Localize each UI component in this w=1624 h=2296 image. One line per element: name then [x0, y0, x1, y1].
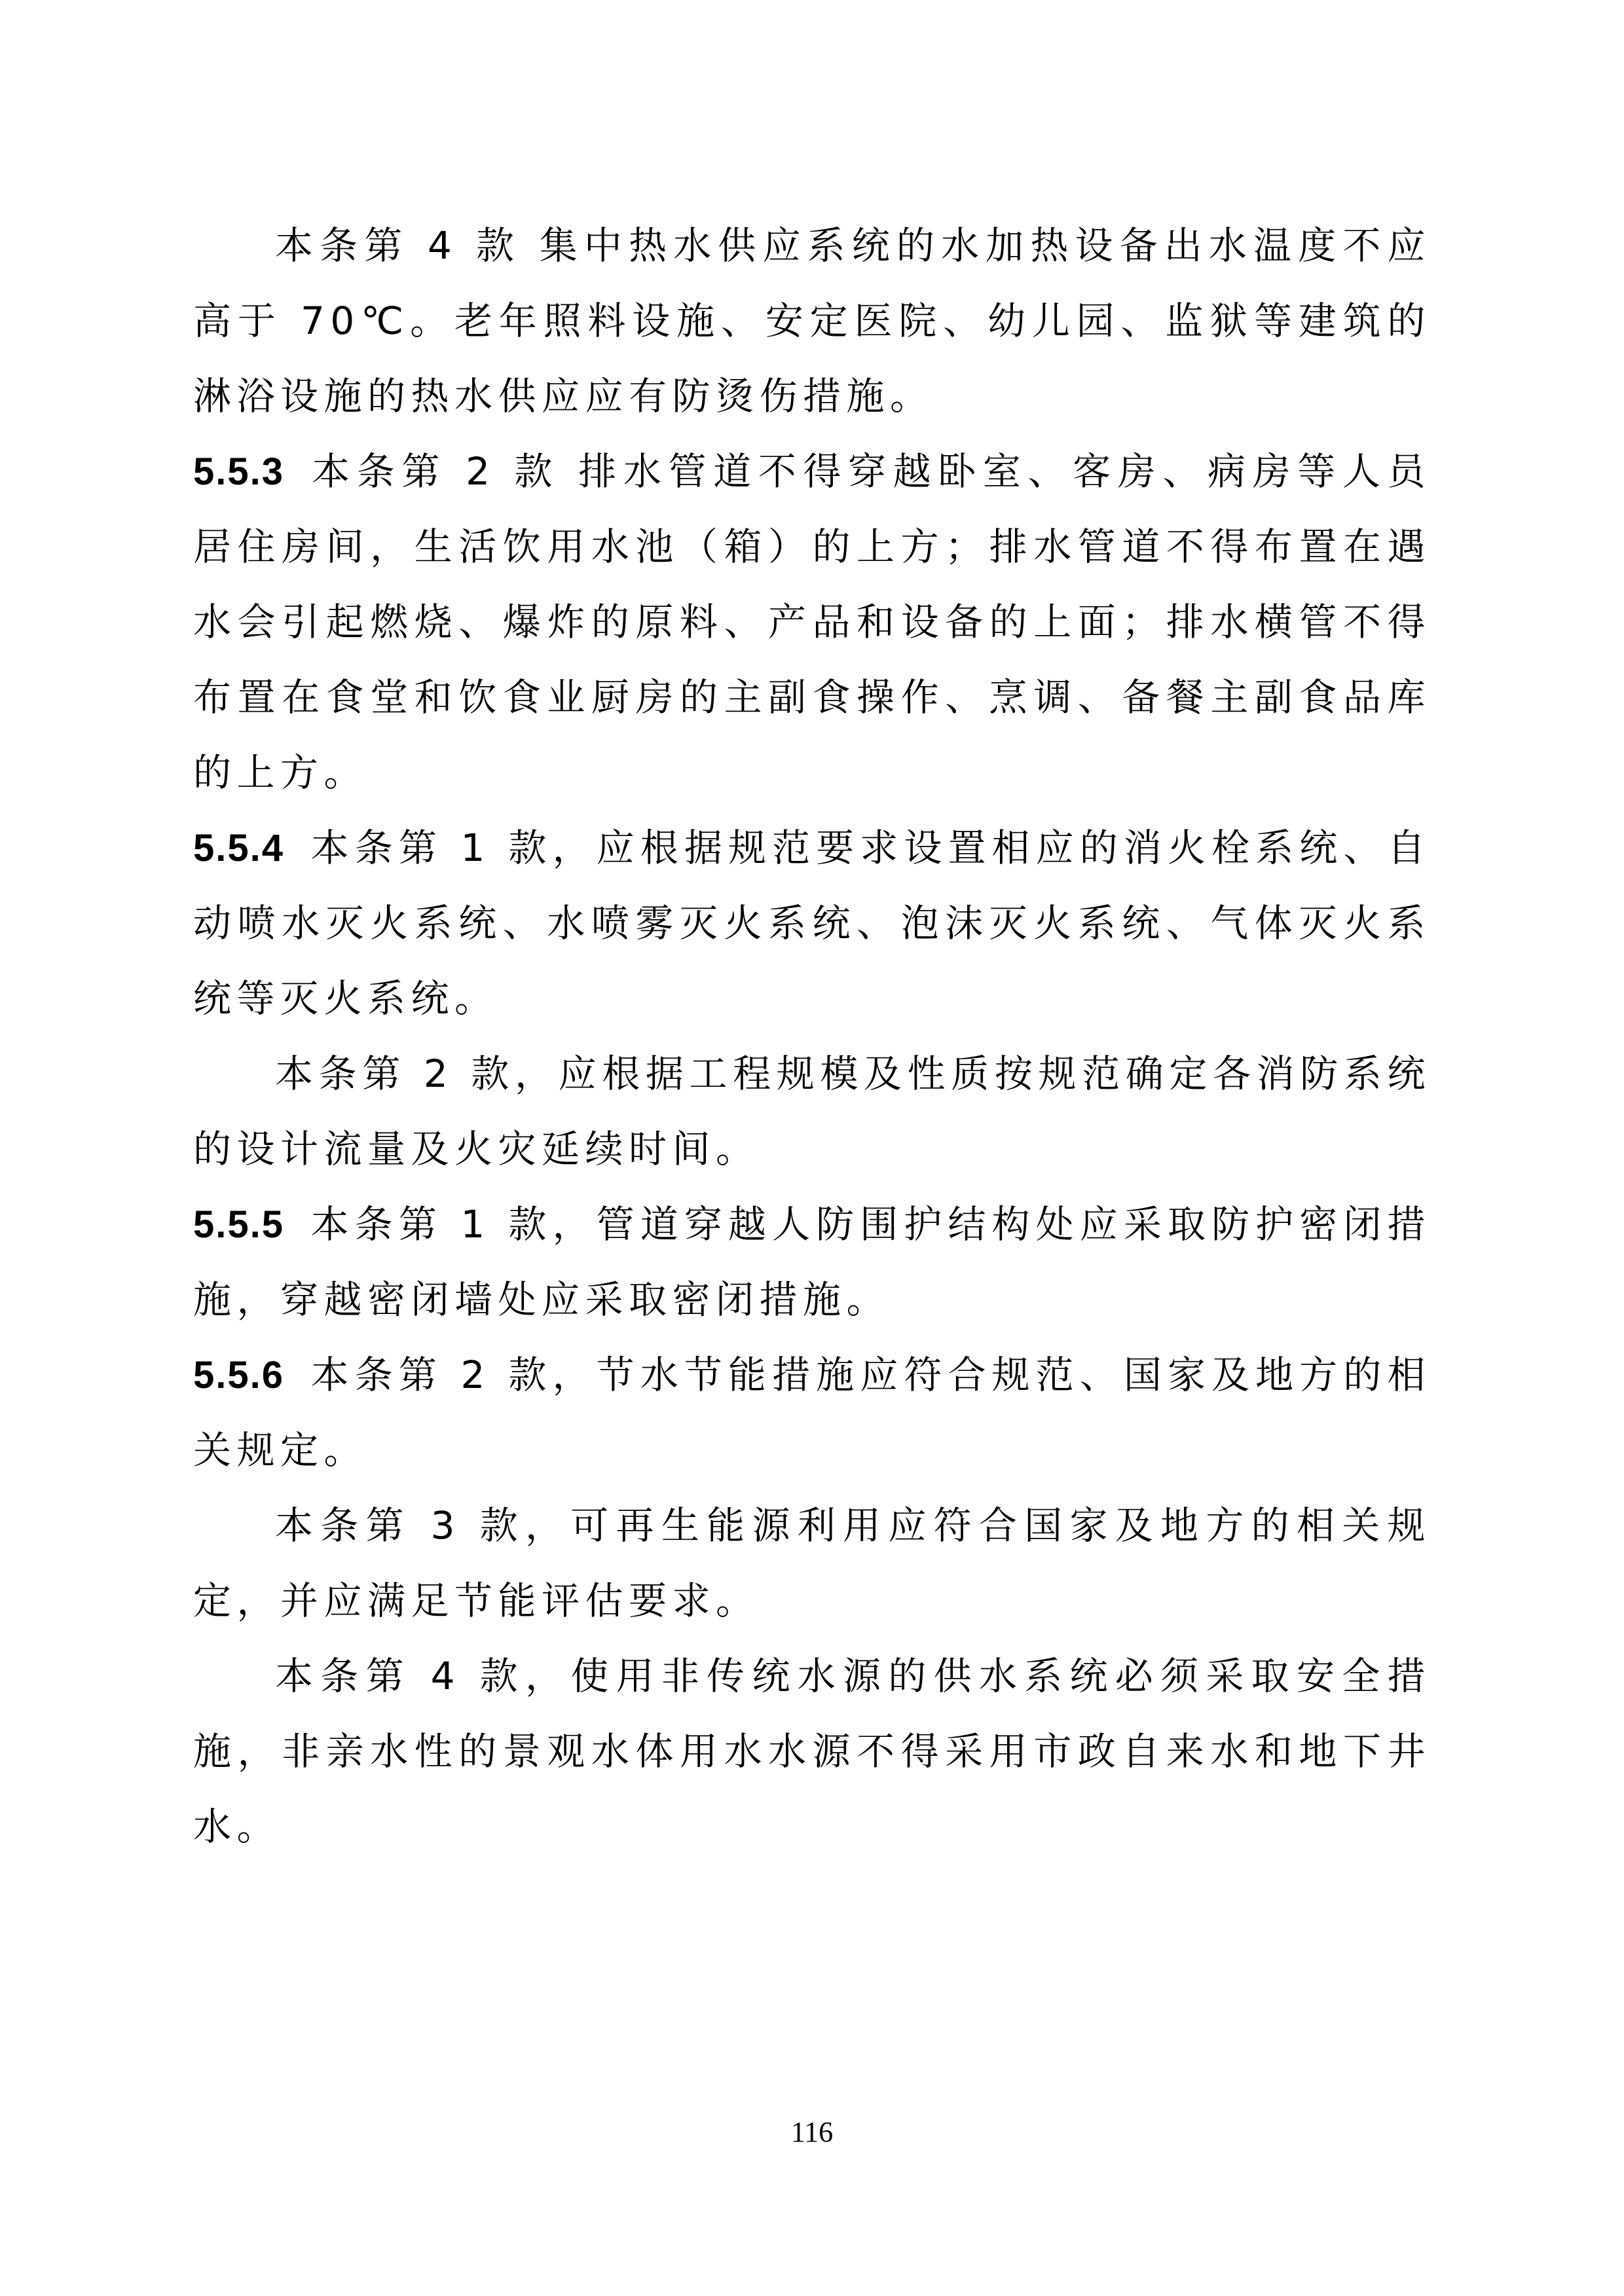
document-body: 本条第 4 款 集中热水供应系统的水加热设备出水温度不应高于 70℃。老年照料设…: [193, 208, 1431, 1865]
clause-number: 5.5.4: [193, 827, 284, 869]
paragraph-5-5-3: 5.5.3本条第 2 款 排水管道不得穿越卧室、客房、病房等人员居住房间，生活饮…: [193, 434, 1431, 811]
paragraph-text: 本条第 2 款 排水管道不得穿越卧室、客房、病房等人员居住房间，生活饮用水池（箱…: [193, 449, 1431, 795]
paragraph-5-5-6-clause-4: 本条第 4 款，使用非传统水源的供水系统必须采取安全措施，非亲水性的景观水体用水…: [193, 1639, 1431, 1865]
paragraph-5-5-4-clause-2: 本条第 2 款，应根据工程规模及性质按规范确定各消防系统的设计流量及火灾延续时间…: [193, 1036, 1431, 1187]
paragraph-hot-water-clause-4: 本条第 4 款 集中热水供应系统的水加热设备出水温度不应高于 70℃。老年照料设…: [193, 208, 1431, 434]
page-number: 116: [0, 2116, 1624, 2149]
paragraph-5-5-6-clause-3: 本条第 3 款，可再生能源利用应符合国家及地方的相关规定，并应满足节能评估要求。: [193, 1488, 1431, 1639]
paragraph-text: 本条第 2 款，应根据工程规模及性质按规范确定各消防系统的设计流量及火灾延续时间…: [193, 1051, 1431, 1171]
paragraph-text: 本条第 2 款，节水节能措施应符合规范、国家及地方的相关规定。: [193, 1353, 1431, 1472]
paragraph-5-5-4: 5.5.4本条第 1 款，应根据规范要求设置相应的消火栓系统、自动喷水灭火系统、…: [193, 811, 1431, 1036]
paragraph-5-5-6: 5.5.6本条第 2 款，节水节能措施应符合规范、国家及地方的相关规定。: [193, 1338, 1431, 1488]
clause-number: 5.5.6: [193, 1354, 284, 1396]
clause-number: 5.5.3: [193, 450, 284, 493]
clause-number: 5.5.5: [193, 1203, 284, 1246]
paragraph-text: 本条第 4 款，使用非传统水源的供水系统必须采取安全措施，非亲水性的景观水体用水…: [193, 1654, 1431, 1849]
paragraph-text: 本条第 1 款，应根据规范要求设置相应的消火栓系统、自动喷水灭火系统、水喷雾灭火…: [193, 826, 1431, 1021]
paragraph-5-5-5: 5.5.5本条第 1 款，管道穿越人防围护结构处应采取防护密闭措施，穿越密闭墙处…: [193, 1187, 1431, 1338]
paragraph-text: 本条第 1 款，管道穿越人防围护结构处应采取防护密闭措施，穿越密闭墙处应采取密闭…: [193, 1202, 1431, 1322]
paragraph-text: 本条第 3 款，可再生能源利用应符合国家及地方的相关规定，并应满足节能评估要求。: [193, 1503, 1431, 1623]
paragraph-text: 本条第 4 款 集中热水供应系统的水加热设备出水温度不应高于 70℃。老年照料设…: [193, 223, 1431, 418]
